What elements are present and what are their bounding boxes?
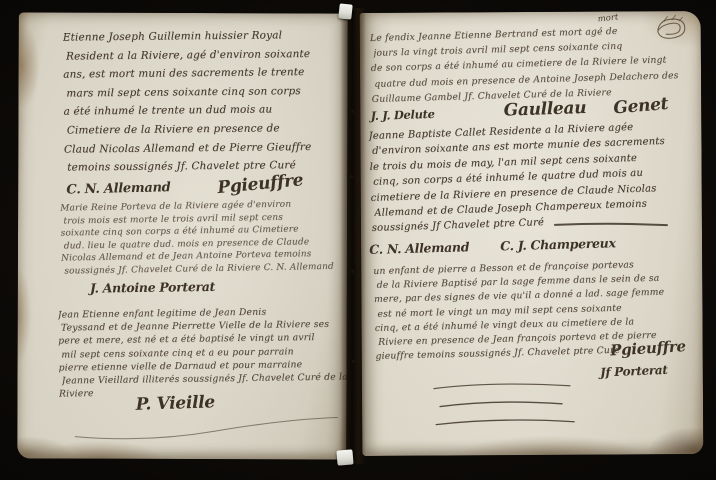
signature-text: Jf Porterat bbox=[600, 363, 668, 380]
signature-gaulleau: Gaulleau bbox=[503, 98, 586, 121]
binding-stitch bbox=[352, 360, 355, 363]
signature-genet: Genet bbox=[613, 94, 669, 119]
manuscript-line: Claud Nicolas Allemand et de Pierre Gieu… bbox=[64, 137, 354, 159]
burial-entry-callet: Jeanne Baptiste Callet Residente a la Ri… bbox=[368, 118, 697, 237]
burial-entry-guillemin: Etienne Joseph Guillemin huissier Royal … bbox=[63, 26, 355, 178]
margin-annotation: mort bbox=[597, 12, 619, 24]
signature-row: C. N. Allemand C. J. Champereux bbox=[369, 232, 616, 258]
signature-porterat: J. Antoine Porterat bbox=[90, 279, 215, 296]
page-clip-bottom bbox=[336, 449, 353, 465]
page-clip-top bbox=[338, 3, 352, 19]
binding-stitch bbox=[351, 270, 354, 273]
binding-stitch bbox=[351, 110, 354, 113]
burial-entry-porteva: Marie Reine Porteva de la Riviere agée d… bbox=[60, 197, 357, 278]
left-page: Etienne Joseph Guillemin huissier Royal … bbox=[17, 12, 348, 459]
burial-entry-bertrand: Le fendix Jeanne Etienne Bertrand est mo… bbox=[370, 22, 694, 107]
ink-strokes bbox=[422, 378, 582, 431]
signature-porterat: Jf Porterat bbox=[600, 363, 668, 380]
manuscript-line: Resident a la Riviere, agé d'environ soi… bbox=[66, 44, 353, 66]
signature-allemand: C. N. Allemand bbox=[66, 180, 170, 197]
scanned-register-spread: Etienne Joseph Guillemin huissier Royal … bbox=[0, 0, 716, 480]
right-page: mort Le fendix Jeanne Etienne Bertrand e… bbox=[360, 11, 704, 456]
signature-text: P. Vieille bbox=[135, 392, 215, 414]
signature-flourish bbox=[65, 409, 345, 444]
signature-gieuffre: Pgieuffre bbox=[217, 170, 304, 198]
signature-text: J. Antoine Porterat bbox=[90, 279, 215, 296]
signature-allemand: C. N. Allemand bbox=[369, 239, 469, 257]
manuscript-line: temoins soussignés Jf. Chavelet ptre Cur… bbox=[67, 156, 354, 178]
signature-vieille: P. Vieille bbox=[135, 392, 215, 414]
signature-delute: J. J. Delute bbox=[370, 107, 435, 123]
signature-champereux: C. J. Champereux bbox=[500, 235, 616, 253]
signature-row: C. N. Allemand Pgieuffre bbox=[66, 173, 304, 198]
baptism-entry-jean-etienne: Jean Etienne enfant legitime de Jean Den… bbox=[58, 304, 359, 401]
binding-stitch bbox=[350, 175, 353, 178]
